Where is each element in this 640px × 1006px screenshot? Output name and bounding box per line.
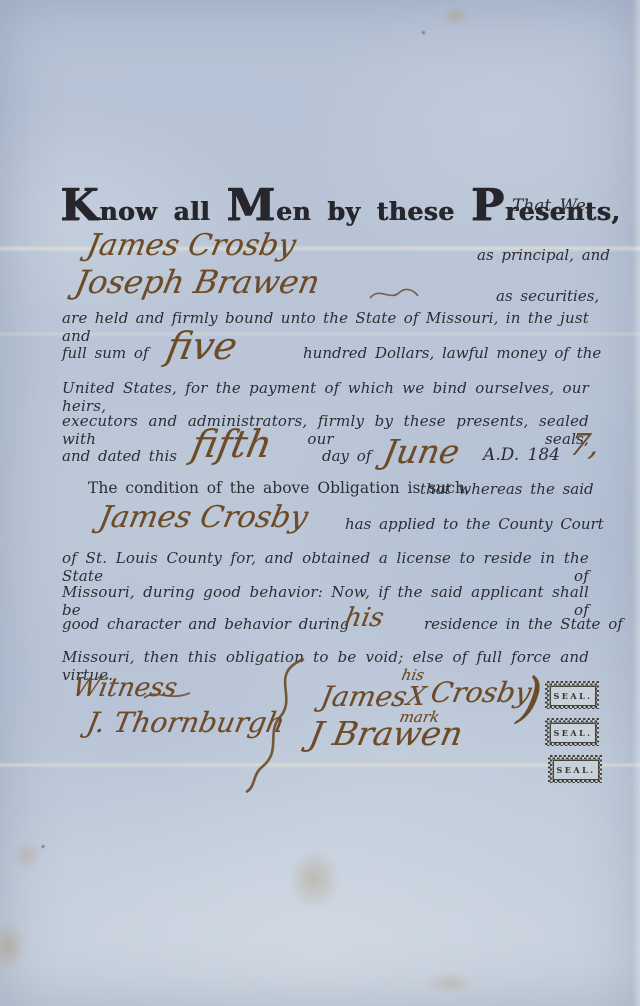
heading-initial-p: P (471, 180, 505, 231)
as-securities-text: as securities, (496, 287, 599, 305)
condition-lead-text: The condition of the above Obligation is… (88, 479, 470, 497)
day-of-text: day of (322, 447, 371, 465)
document-page: Know all Men by these Presents, That We,… (0, 0, 640, 1006)
heading-text: now all (99, 197, 226, 226)
principal-name-handwritten: James Crosby (84, 228, 299, 263)
as-principal-text: as principal, and (477, 246, 610, 264)
fold-crease (0, 762, 640, 768)
condition-line: Missouri, during good behavior: Now, if … (62, 583, 589, 619)
and-dated-this-text: and dated this (62, 447, 177, 465)
pronoun-handwritten: his (342, 603, 386, 633)
scan-edge (632, 0, 640, 1006)
amount-handwritten: five (163, 324, 241, 368)
seal-label: SEAL. (550, 723, 596, 743)
seal-box-1: SEAL. (545, 681, 599, 709)
condition-line4b-text: residence in the State of (424, 615, 623, 633)
ink-dot (41, 844, 45, 849)
security-name-handwritten: Joseph Brawen (72, 263, 323, 301)
heading-text: en by these (276, 197, 471, 226)
ad-year-text: A.D. 184 (483, 445, 560, 465)
obligation-line: executors and administrators, firmly by … (62, 412, 589, 448)
year-digit-handwritten: 7, (567, 428, 602, 463)
stain (443, 6, 469, 26)
day-handwritten: fifth (188, 422, 276, 466)
stain (0, 920, 26, 972)
full-sum-of-text: full sum of (62, 344, 149, 362)
stain (425, 972, 475, 994)
seal-box-3: SEAL. (548, 755, 602, 783)
heading-initial-m: M (226, 180, 276, 231)
stain (421, 30, 426, 35)
month-handwritten: June (380, 432, 463, 471)
has-applied-text: has applied to the County Court (345, 515, 604, 533)
that-we-text: That We, (512, 196, 591, 216)
applicant-name-handwritten: James Crosby (96, 500, 311, 535)
security-signature-handwritten: J Brawen (306, 714, 466, 753)
seal-box-2: SEAL. (545, 718, 599, 746)
pen-flourish (368, 286, 420, 302)
hundred-dollars-text: hundred Dollars, lawful money of the (303, 344, 601, 362)
condition-line4a-text: good character and behavior during (62, 615, 349, 633)
condition-line: of St. Louis County for, and obtained a … (62, 549, 589, 585)
seal-label: SEAL. (550, 686, 596, 706)
obligation-line: United States, for the payment of which … (62, 379, 589, 415)
stain (288, 848, 340, 910)
stain (12, 840, 42, 870)
obligation-line: are held and firmly bound unto the State… (62, 309, 589, 345)
pen-flourish (142, 688, 192, 702)
seal-label: SEAL. (553, 760, 599, 780)
condition-lead-italic: that whereas the said (420, 480, 594, 498)
pen-flourish-large (238, 655, 318, 795)
heading-initial-k: K (60, 180, 99, 231)
principal-signature-first: James (318, 680, 410, 713)
